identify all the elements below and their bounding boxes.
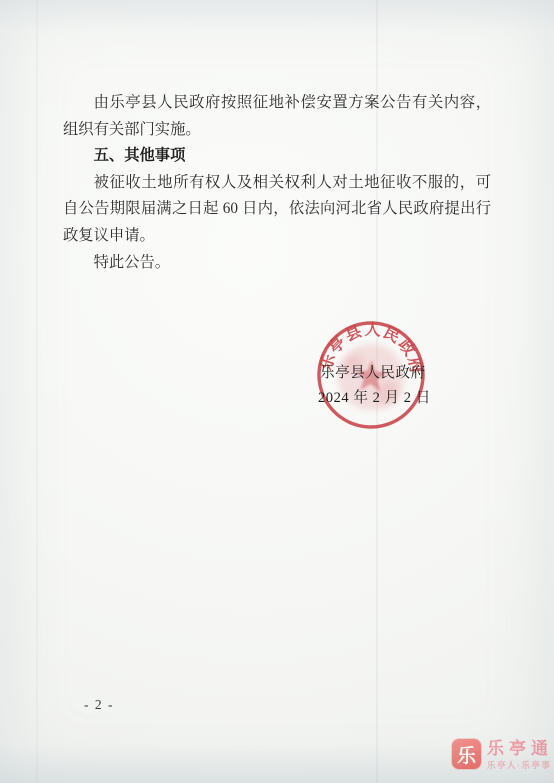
paragraph-implementation: 由乐亭县人民政府按照征地补偿安置方案公告有关内容，组织有关部门实施。	[63, 90, 491, 143]
app-name: 乐亭通	[487, 739, 553, 758]
app-logo-glyph: 乐	[457, 741, 476, 768]
paragraph-closing: 特此公告。	[63, 250, 491, 277]
signature-issuer: 乐亭县人民政府	[320, 361, 426, 382]
scan-artifact-line	[36, 0, 38, 783]
app-watermark-text: 乐亭通 乐亭人·乐亭事	[487, 739, 553, 771]
announcement-body: 由乐亭县人民政府按照征地补偿安置方案公告有关内容，组织有关部门实施。 五、其他事…	[63, 90, 491, 276]
scanned-document-page: 由乐亭县人民政府按照征地补偿安置方案公告有关内容，组织有关部门实施。 五、其他事…	[0, 0, 554, 783]
page-number: - 2 -	[84, 697, 114, 713]
section-heading-other-matters: 五、其他事项	[63, 143, 491, 170]
paragraph-appeal-rights: 被征收土地所有权人及相关权利人对土地征收不服的，可自公告期限届满之日起 60 日…	[63, 170, 491, 250]
app-slogan: 乐亭人·乐亭事	[487, 759, 553, 771]
signature-date: 2024 年 2 月 2 日	[318, 386, 431, 407]
app-logo-icon: 乐	[452, 739, 481, 769]
app-watermark: 乐 乐亭通 乐亭人·乐亭事	[452, 739, 553, 771]
